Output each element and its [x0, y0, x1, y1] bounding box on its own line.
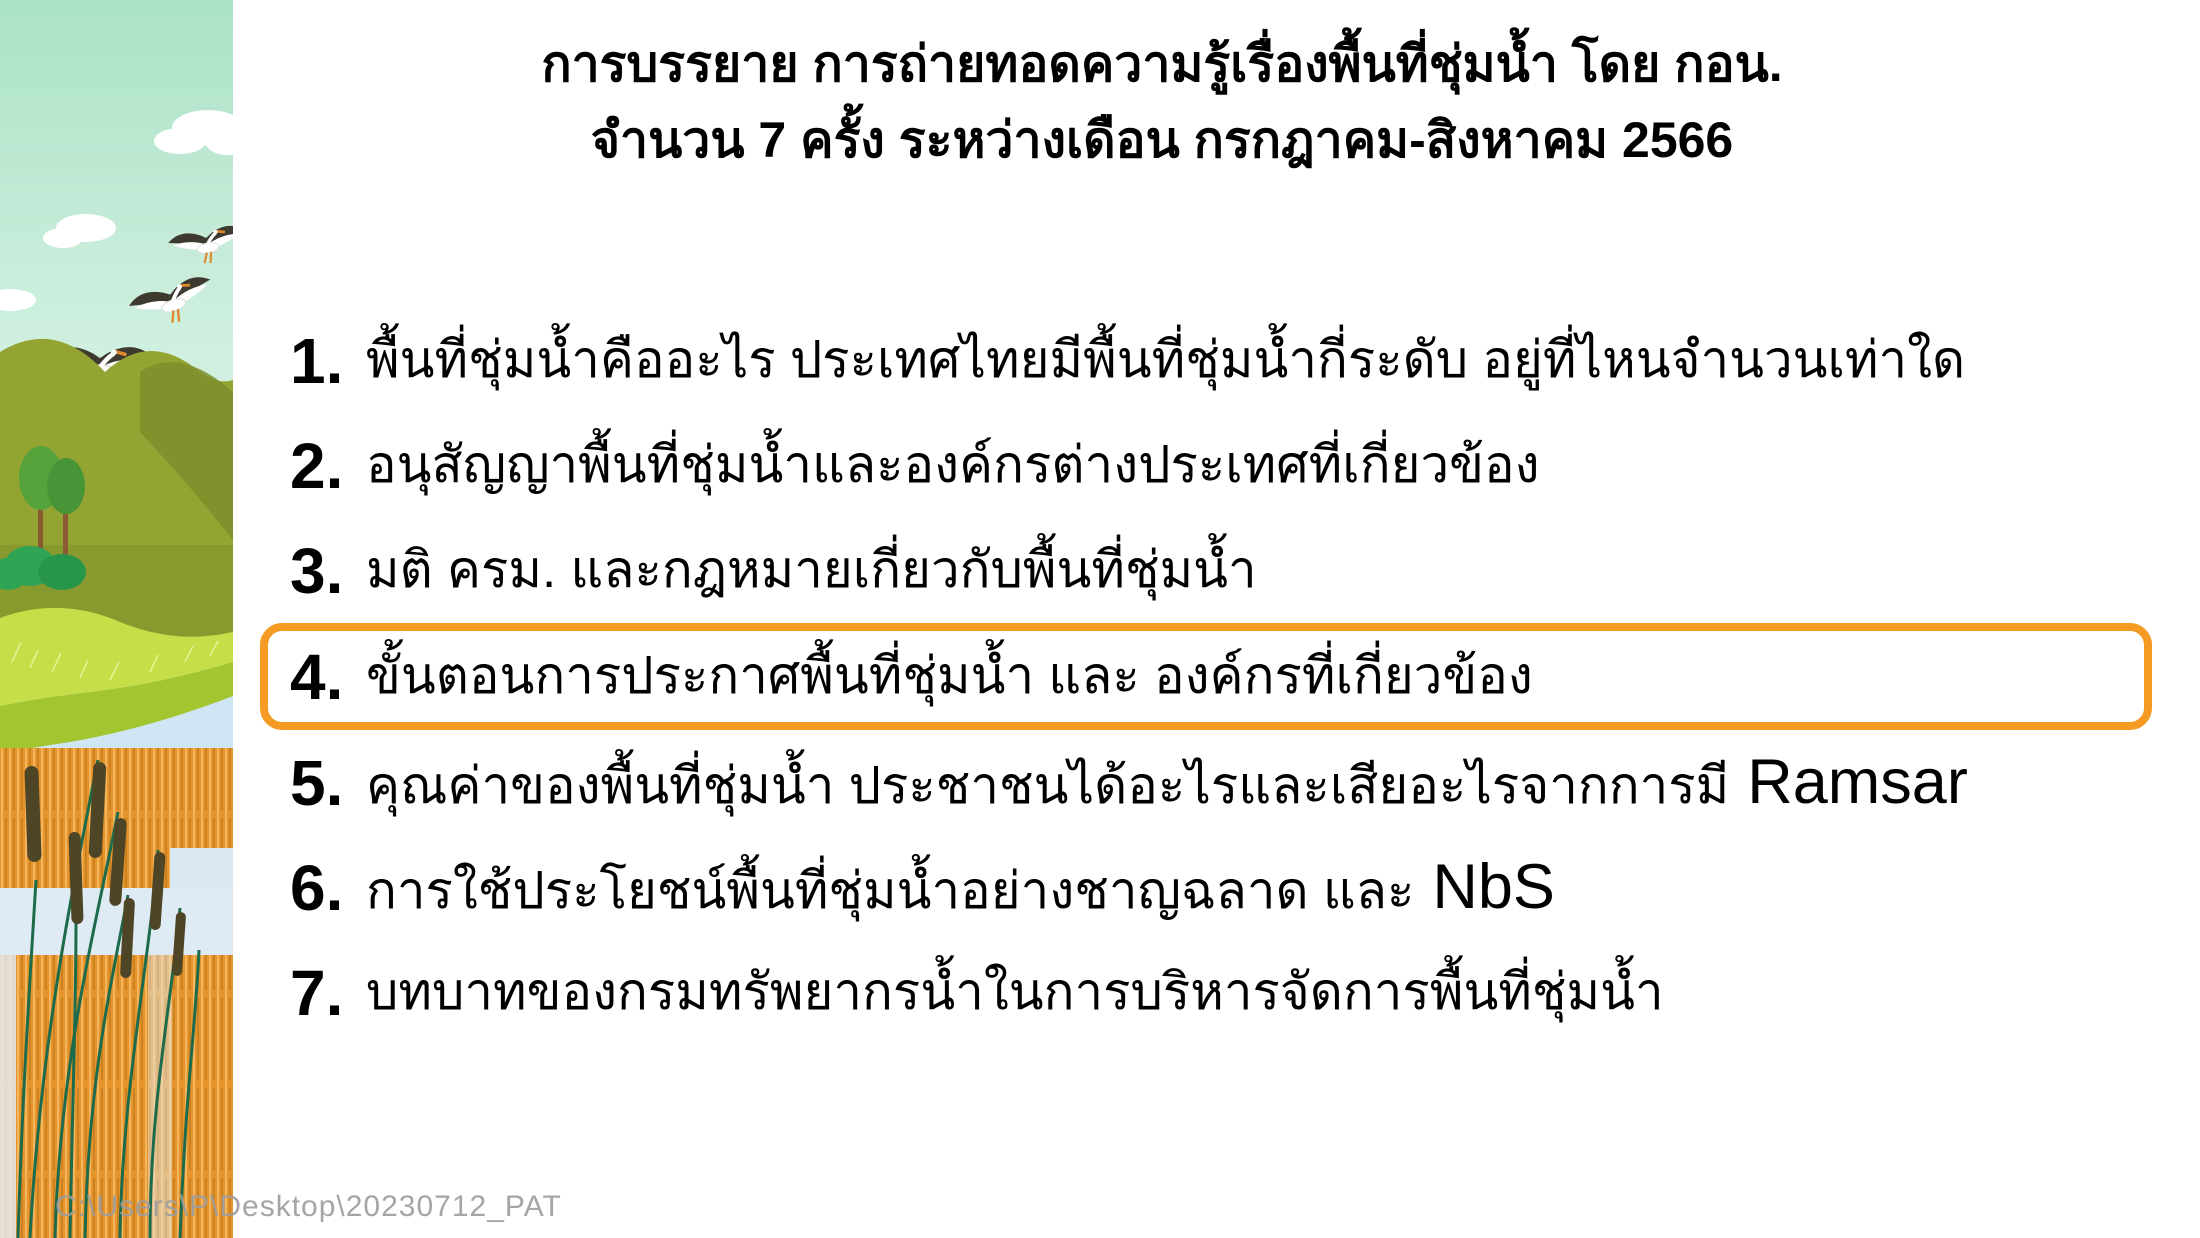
- list-item-latin-text: Ramsar: [1747, 747, 1968, 817]
- list-item-text: บทบาทของกรมทรัพยากรน้ำในการบริหารจัดการพ…: [366, 964, 1664, 1020]
- slide-title-line2: จำนวน 7 ครั้ง ระหว่างเดือน กรกฎาคม-สิงหา…: [290, 102, 2034, 178]
- list-item-latin-text: NbS: [1432, 852, 1555, 922]
- slide-title: การบรรยาย การถ่ายทอดความรู้เรื่องพื้นที่…: [290, 26, 2154, 178]
- list-item: 6. การใช้ประโยชน์พื้นที่ชุ่มน้ำอย่างชาญฉ…: [290, 835, 2154, 940]
- list-item: 2. อนุสัญญาพื้นที่ชุ่มน้ำและองค์กรต่างปร…: [290, 413, 2154, 518]
- list-item-number: 3.: [290, 539, 366, 603]
- list-item: 5. คุณค่าของพื้นที่ชุ่มน้ำ ประชาชนได้อะไ…: [290, 730, 2154, 835]
- list-item-text: อนุสัญญาพื้นที่ชุ่มน้ำและองค์กรต่างประเท…: [366, 437, 1540, 493]
- list-item-thai-text: บทบาทของกรมทรัพยากรน้ำในการบริหารจัดการพ…: [366, 963, 1664, 1020]
- file-path-watermark: C:\Users\P\Desktop\20230712_PAT: [55, 1190, 562, 1224]
- list-item-thai-text: ขั้นตอนการประกาศพื้นที่ชุ่มน้ำ และ องค์ก…: [366, 647, 1533, 704]
- list-item-thai-text: อนุสัญญาพื้นที่ชุ่มน้ำและองค์กรต่างประเท…: [366, 436, 1540, 493]
- list-item-text: คุณค่าของพื้นที่ชุ่มน้ำ ประชาชนได้อะไรแล…: [366, 751, 1968, 814]
- list-item-thai-text: พื้นที่ชุ่มน้ำคืออะไร ประเทศไทยมีพื้นที่…: [366, 331, 1965, 388]
- list-item-text: พื้นที่ชุ่มน้ำคืออะไร ประเทศไทยมีพื้นที่…: [366, 332, 1965, 388]
- list-item-thai-text: คุณค่าของพื้นที่ชุ่มน้ำ ประชาชนได้อะไรแล…: [366, 757, 1729, 814]
- list-item-number: 2.: [290, 434, 366, 498]
- wetland-illustration: [0, 0, 233, 1238]
- list-item-number: 5.: [290, 751, 366, 815]
- list-item-number: 1.: [290, 329, 366, 393]
- list-item-text: มติ ครม. และกฎหมายเกี่ยวกับพื้นที่ชุ่มน้…: [366, 542, 1257, 598]
- presentation-slide: การบรรยาย การถ่ายทอดความรู้เรื่องพื้นที่…: [0, 0, 2200, 1238]
- list-item-highlighted: 4. ขั้นตอนการประกาศพื้นที่ชุ่มน้ำ และ อง…: [260, 623, 2152, 730]
- list-item-number: 4.: [290, 645, 366, 709]
- list-item: 3. มติ ครม. และกฎหมายเกี่ยวกับพื้นที่ชุ่…: [290, 518, 2154, 623]
- list-item-thai-text: การใช้ประโยชน์พื้นที่ชุ่มน้ำอย่างชาญฉลาด…: [366, 862, 1414, 919]
- topic-list: 1. พื้นที่ชุ่มน้ำคืออะไร ประเทศไทยมีพื้น…: [290, 308, 2154, 1045]
- list-item: 1. พื้นที่ชุ่มน้ำคืออะไร ประเทศไทยมีพื้น…: [290, 308, 2154, 413]
- list-item-thai-text: มติ ครม. และกฎหมายเกี่ยวกับพื้นที่ชุ่มน้…: [366, 541, 1257, 598]
- list-item: 7. บทบาทของกรมทรัพยากรน้ำในการบริหารจัดก…: [290, 940, 2154, 1045]
- slide-content: การบรรยาย การถ่ายทอดความรู้เรื่องพื้นที่…: [233, 0, 2200, 1238]
- list-item-text: ขั้นตอนการประกาศพื้นที่ชุ่มน้ำ และ องค์ก…: [366, 648, 1533, 704]
- list-item-number: 7.: [290, 961, 366, 1025]
- list-item-text: การใช้ประโยชน์พื้นที่ชุ่มน้ำอย่างชาญฉลาด…: [366, 856, 1555, 919]
- wetland-scene-svg: [0, 0, 233, 1238]
- list-item-number: 6.: [290, 856, 366, 920]
- slide-title-line1: การบรรยาย การถ่ายทอดความรู้เรื่องพื้นที่…: [290, 26, 2034, 102]
